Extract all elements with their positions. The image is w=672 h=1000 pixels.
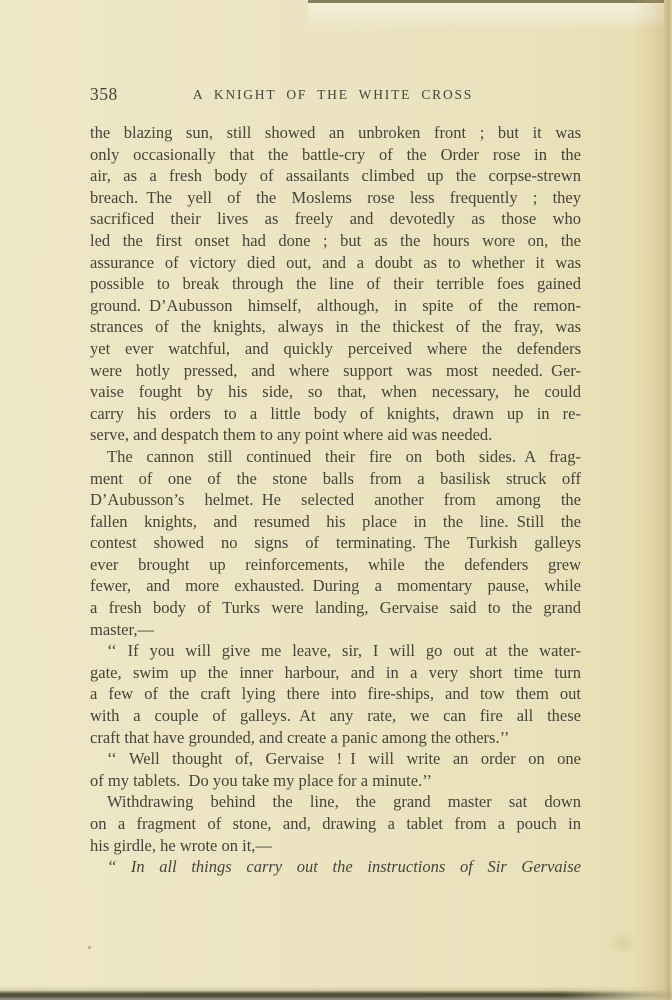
text-line: air, as a fresh body of assailants climb… (90, 165, 581, 187)
text-line: The cannon still continued their fire on… (90, 446, 581, 468)
text-line: only occasionally that the battle-cry of… (90, 144, 581, 166)
paragraph: ‘‘ If you will give me leave, sir, I wil… (90, 640, 581, 748)
text-line: a few of the craft lying there into fire… (90, 683, 581, 705)
page-right-edge-shading (634, 0, 672, 1000)
text-line: were hotly pressed, and where support wa… (90, 360, 581, 382)
text-line: serve, and despatch them to any point wh… (90, 424, 581, 446)
text-line: breach. The yell of the Moslems rose les… (90, 187, 581, 209)
text-line: strances of the knights, always in the t… (90, 316, 581, 338)
text-line: ‘‘ Well thought of, Gervaise ! I will wr… (90, 748, 581, 770)
text-line: led the first onset had done ; but as th… (90, 230, 581, 252)
text-line: craft that have grounded, and create a p… (90, 727, 581, 749)
paragraph: ‘‘ In all things carry out the instructi… (90, 856, 581, 878)
book-page-scan: 358 A KNIGHT OF THE WHITE CROSS the blaz… (0, 0, 672, 1000)
paragraph: The cannon still continued their fire on… (90, 446, 581, 640)
text-line: carry his orders to a little body of kni… (90, 403, 581, 425)
text-line: master,— (90, 619, 581, 641)
text-line: contest showed no signs of terminating. … (90, 532, 581, 554)
text-line: D’Aubusson’s helmet. He selected another… (90, 489, 581, 511)
text-line: fewer, and more exhausted. During a mome… (90, 575, 581, 597)
page-text: the blazing sun, still showed an unbroke… (90, 122, 581, 878)
page-header: 358 A KNIGHT OF THE WHITE CROSS (88, 84, 578, 106)
text-line: ‘‘ In all things carry out the instructi… (90, 856, 581, 878)
running-header: A KNIGHT OF THE WHITE CROSS (88, 87, 578, 103)
text-line: ment of one of the stone balls from a ba… (90, 468, 581, 490)
text-line: ‘‘ If you will give me leave, sir, I wil… (90, 640, 581, 662)
paragraph: ‘‘ Well thought of, Gervaise ! I will wr… (90, 748, 581, 791)
text-line: fallen knights, and resumed his place in… (90, 511, 581, 533)
text-line: assurance of victory died out, and a dou… (90, 252, 581, 274)
text-line: possible to break through the line of th… (90, 273, 581, 295)
text-line: on a fragment of stone, and, drawing a t… (90, 813, 581, 835)
page-speck (88, 946, 91, 949)
text-line: his girdle, he wrote on it,— (90, 835, 581, 857)
text-line: ever brought up reinforcements, while th… (90, 554, 581, 576)
page-bottom-edge (0, 986, 672, 1000)
text-line: gate, swim up the inner harbour, and in … (90, 662, 581, 684)
adjacent-page-edge (308, 0, 664, 30)
text-line: sacrificed their lives as freely and dev… (90, 208, 581, 230)
text-line: yet ever watchful, and quickly perceived… (90, 338, 581, 360)
paragraph: Withdrawing behind the line, the grand m… (90, 791, 581, 856)
paragraph: the blazing sun, still showed an unbroke… (90, 122, 581, 446)
page-stain (608, 930, 638, 956)
text-line: with a couple of galleys. At any rate, w… (90, 705, 581, 727)
text-line: vaise fought by his side, so that, when … (90, 381, 581, 403)
text-line: a fresh body of Turks were landing, Gerv… (90, 597, 581, 619)
text-line: of my tablets. Do you take my place for … (90, 770, 581, 792)
text-line: Withdrawing behind the line, the grand m… (90, 791, 581, 813)
text-line: ground. D’Aubusson himself, although, in… (90, 295, 581, 317)
text-line: the blazing sun, still showed an unbroke… (90, 122, 581, 144)
